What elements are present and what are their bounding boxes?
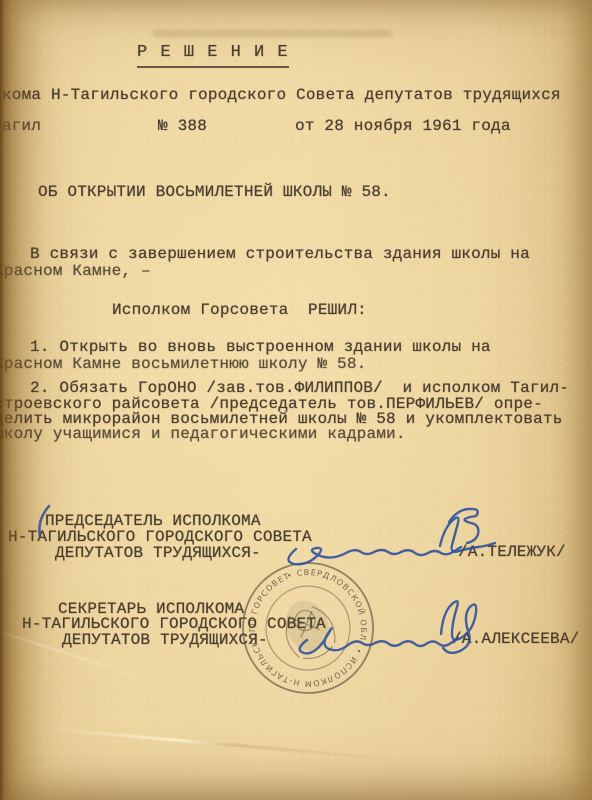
subject-line: ОБ ОТКРЫТИИ ВОСЬМИЛЕТНЕЙ ШКОЛЫ № 58. bbox=[38, 184, 391, 201]
chairman-name: /А.ТЕЛЕЖУК/ bbox=[458, 544, 566, 561]
decision-title: Р Е Ш Е Н И Е bbox=[137, 44, 289, 68]
chairman-title-line-3: ДЕПУТАТОВ ТРУДЯЩИХСЯ- bbox=[55, 545, 261, 562]
document-number: № 388 bbox=[158, 118, 207, 135]
stamp-emblem-icon bbox=[279, 602, 341, 665]
document-date: от 28 ноября 1961 года bbox=[295, 118, 511, 135]
resolution-heading: Исполком Горсовета РЕШИЛ: bbox=[112, 302, 367, 319]
item1-line-1: 1. Открыть во вновь выстроенном здании ш… bbox=[30, 339, 491, 356]
secretary-signature-icon bbox=[300, 601, 476, 653]
scanned-decision-document: Р Е Ш Е Н И Е кома Н-Тагильского городск… bbox=[0, 0, 592, 800]
preamble-line-2: Красном Камне, – bbox=[0, 263, 151, 280]
faint-offset-smudge bbox=[152, 30, 392, 37]
preamble-line-1: В связи с завершением строительства здан… bbox=[30, 246, 530, 263]
place-line: Тагил bbox=[0, 118, 41, 135]
item2-line-4: школу учащимися и педагогическими кадрам… bbox=[0, 426, 406, 443]
secretary-title-line-3: ДЕПУТАТОВ ТРУДЯЩИХСЯ- bbox=[62, 632, 268, 649]
paper-crease bbox=[41, 727, 390, 760]
secretary-name: /А.АЛЕКСЕЕВА/ bbox=[452, 631, 579, 648]
item1-line-2: Красном Камне восьмилетнюю школу № 58. bbox=[0, 356, 366, 373]
issuer-line: кома Н-Тагильского городского Совета деп… bbox=[2, 87, 561, 104]
